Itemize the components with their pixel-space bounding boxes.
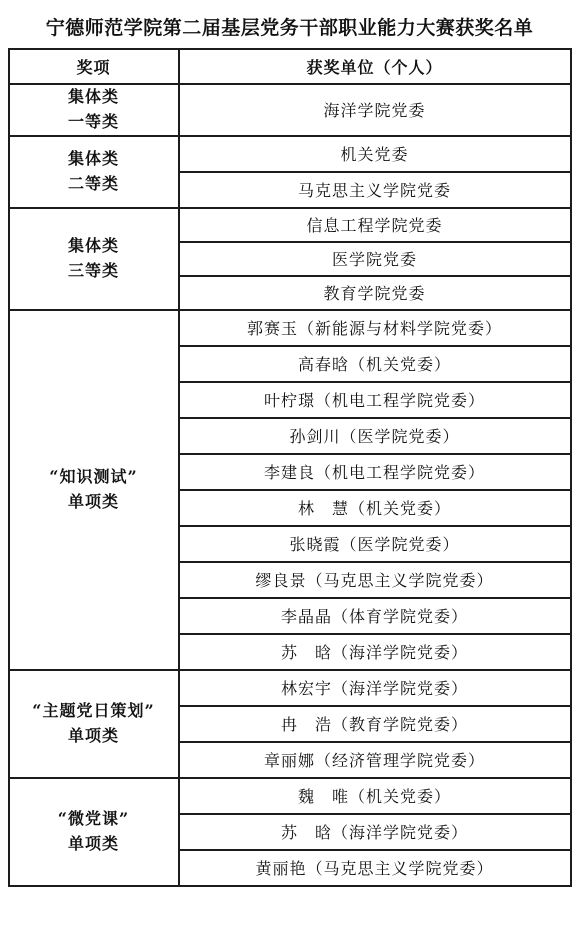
award-category-line: 集体类: [10, 234, 178, 259]
award-category-cell: “微党课”单项类: [9, 778, 179, 886]
winner-cell: 机关党委: [179, 136, 571, 172]
awards-table: 奖项 获奖单位（个人） 集体类一等类海洋学院党委集体类二等类机关党委马克思主义学…: [8, 48, 572, 887]
award-category-cell: 集体类一等类: [9, 84, 179, 136]
award-category-line: 二等类: [10, 172, 178, 197]
winner-cell: 海洋学院党委: [179, 84, 571, 136]
award-category-cell: 集体类二等类: [9, 136, 179, 208]
award-category-line: “微党课”: [10, 807, 178, 832]
winner-cell: 郭赛玉（新能源与材料学院党委）: [179, 310, 571, 346]
table-row: 集体类二等类机关党委: [9, 136, 571, 172]
table-row: “知识测试”单项类郭赛玉（新能源与材料学院党委）: [9, 310, 571, 346]
award-category-line: “知识测试”: [10, 465, 178, 490]
award-category-line: 集体类: [10, 85, 178, 110]
winner-cell: 马克思主义学院党委: [179, 172, 571, 208]
award-category-line: 一等类: [10, 110, 178, 135]
award-category-line: 单项类: [10, 724, 178, 749]
award-category-line: 三等类: [10, 259, 178, 284]
page-title: 宁德师范学院第二届基层党务干部职业能力大赛获奖名单: [0, 0, 579, 48]
header-row: 奖项 获奖单位（个人）: [9, 49, 571, 84]
award-category-cell: “知识测试”单项类: [9, 310, 179, 670]
winner-cell: 张晓霞（医学院党委）: [179, 526, 571, 562]
table-row: 集体类一等类海洋学院党委: [9, 84, 571, 136]
winner-cell: 叶柠璟（机电工程学院党委）: [179, 382, 571, 418]
column-header-winner: 获奖单位（个人）: [179, 49, 571, 84]
winner-cell: 章丽娜（经济管理学院党委）: [179, 742, 571, 778]
winner-cell: 教育学院党委: [179, 276, 571, 310]
winner-cell: 林宏宇（海洋学院党委）: [179, 670, 571, 706]
table-row: “微党课”单项类魏 唯（机关党委）: [9, 778, 571, 814]
winner-cell: 魏 唯（机关党委）: [179, 778, 571, 814]
awards-table-body: 集体类一等类海洋学院党委集体类二等类机关党委马克思主义学院党委集体类三等类信息工…: [9, 84, 571, 886]
winner-cell: 缪良景（马克思主义学院党委）: [179, 562, 571, 598]
column-header-award: 奖项: [9, 49, 179, 84]
award-category-cell: “主题党日策划”单项类: [9, 670, 179, 778]
winner-cell: 冉 浩（教育学院党委）: [179, 706, 571, 742]
winner-cell: 黄丽艳（马克思主义学院党委）: [179, 850, 571, 886]
winner-cell: 李晶晶（体育学院党委）: [179, 598, 571, 634]
winner-cell: 孙剑川（医学院党委）: [179, 418, 571, 454]
winner-cell: 信息工程学院党委: [179, 208, 571, 242]
document-page: 宁德师范学院第二届基层党务干部职业能力大赛获奖名单 奖项 获奖单位（个人） 集体…: [0, 0, 579, 930]
winner-cell: 医学院党委: [179, 242, 571, 276]
winner-cell: 李建良（机电工程学院党委）: [179, 454, 571, 490]
award-category-cell: 集体类三等类: [9, 208, 179, 310]
winner-cell: 林 慧（机关党委）: [179, 490, 571, 526]
winner-cell: 苏 晗（海洋学院党委）: [179, 814, 571, 850]
award-category-line: 单项类: [10, 832, 178, 857]
winner-cell: 高春晗（机关党委）: [179, 346, 571, 382]
table-row: 集体类三等类信息工程学院党委: [9, 208, 571, 242]
award-category-line: 集体类: [10, 147, 178, 172]
award-category-line: 单项类: [10, 490, 178, 515]
award-category-line: “主题党日策划”: [10, 699, 178, 724]
winner-cell: 苏 晗（海洋学院党委）: [179, 634, 571, 670]
table-row: “主题党日策划”单项类林宏宇（海洋学院党委）: [9, 670, 571, 706]
